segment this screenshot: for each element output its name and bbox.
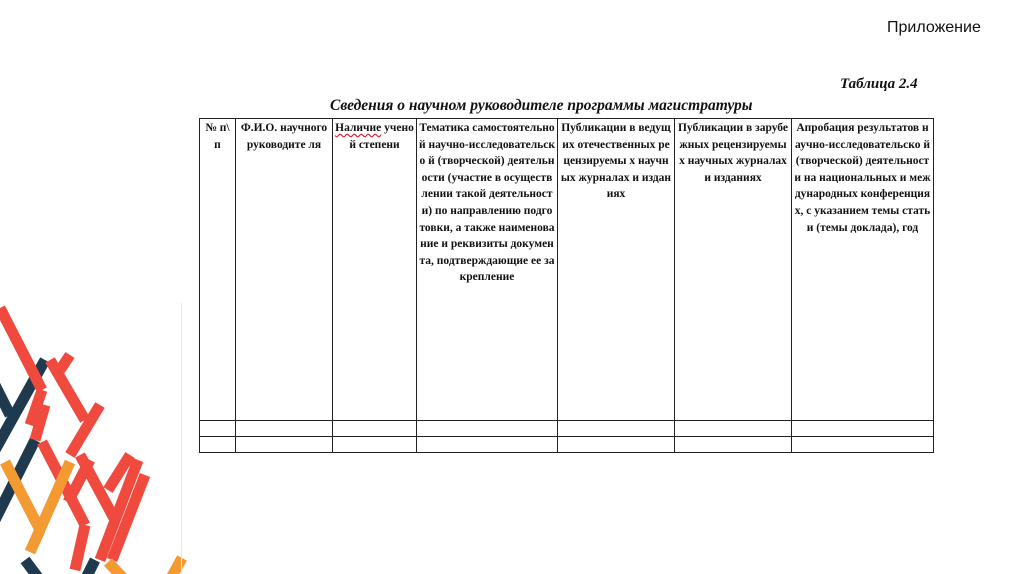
table-cell	[417, 421, 558, 437]
header-degree-word: Наличие	[335, 122, 381, 134]
decorative-pattern	[0, 290, 190, 574]
decor-divider	[181, 303, 182, 574]
header-research-topic: Тематика самостоятельной научно-исследов…	[417, 119, 558, 421]
header-foreign-publications: Публикации в зарубежных рецензируемы х н…	[675, 119, 792, 421]
table-cell	[558, 421, 675, 437]
table-header-row: № п\ п Ф.И.О. научного руководите ля Нал…	[200, 119, 934, 421]
table-cell	[200, 421, 236, 437]
table-cell	[675, 437, 792, 453]
table-cell	[675, 421, 792, 437]
table-cell	[792, 421, 934, 437]
supervisor-info-table: № п\ п Ф.И.О. научного руководите ля Нал…	[199, 118, 934, 453]
table-cell	[558, 437, 675, 453]
table-cell	[236, 437, 333, 453]
table-cell	[792, 437, 934, 453]
table-number: Таблица 2.4	[840, 76, 918, 93]
table-row	[200, 437, 934, 453]
table-title: Сведения о научном руководителе программ…	[330, 97, 810, 115]
header-academic-degree: Наличие ученой степени	[333, 119, 417, 421]
header-full-name: Ф.И.О. научного руководите ля	[236, 119, 333, 421]
table-cell	[200, 437, 236, 453]
header-number: № п\ п	[200, 119, 236, 421]
header-conference-approbation: Апробация результатов научно-исследовате…	[792, 119, 934, 421]
table-cell	[333, 421, 417, 437]
table-cell	[417, 437, 558, 453]
table-cell	[333, 437, 417, 453]
table-cell	[236, 421, 333, 437]
table-row	[200, 421, 934, 437]
header-domestic-publications: Публикации в ведущих отечественных рецен…	[558, 119, 675, 421]
slide-label: Приложение	[887, 19, 981, 37]
